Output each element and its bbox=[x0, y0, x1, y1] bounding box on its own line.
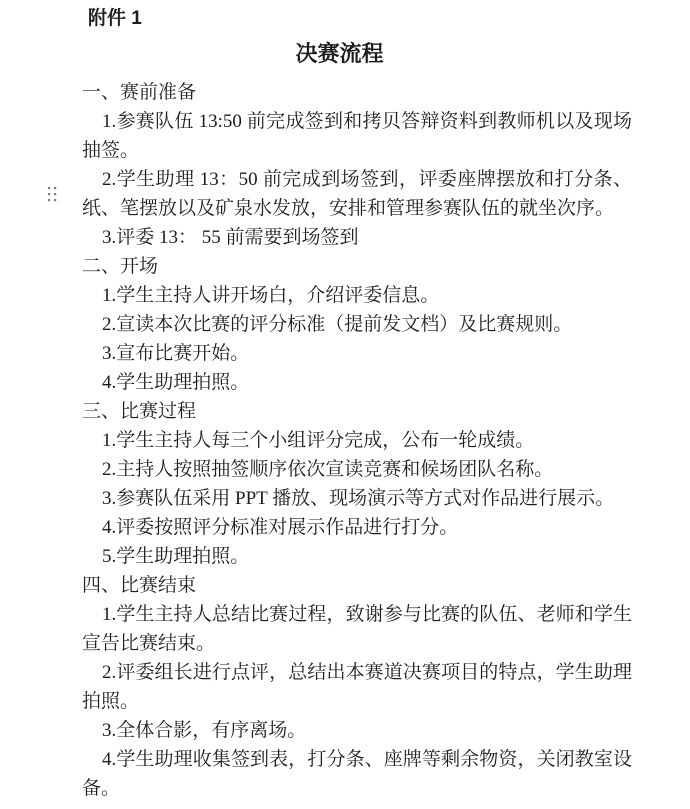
list-item: 5.学生助理拍照。 bbox=[82, 542, 632, 571]
section-heading-competition-process: 三、比赛过程 bbox=[82, 397, 632, 426]
list-item: 1.学生主持人讲开场白，介绍评委信息。 bbox=[82, 281, 632, 310]
list-item: 4.学生助理收集签到表，打分条、座牌等剩余物资，关闭教室设备。 bbox=[82, 745, 632, 803]
list-item: 4.学生助理拍照。 bbox=[82, 368, 632, 397]
list-item: 3.全体合影，有序离场。 bbox=[82, 716, 632, 745]
list-item: 1.参赛队伍 13:50 前完成签到和拷贝答辩资料到教师机以及现场抽签。 bbox=[82, 107, 632, 165]
list-item: 2.主持人按照抽签顺序依次宣读竞赛和候场团队名称。 bbox=[82, 455, 632, 484]
list-item: 2.评委组长进行点评，总结出本赛道决赛项目的特点，学生助理拍照。 bbox=[82, 658, 632, 716]
section-heading-competition-end: 四、比赛结束 bbox=[82, 571, 632, 600]
list-item: 2.学生助理 13：50 前完成到场签到，评委座牌摆放和打分条、纸、笔摆放以及矿… bbox=[82, 165, 632, 223]
document-page: 附件 1 决赛流程 一、赛前准备 1.参赛队伍 13:50 前完成签到和拷贝答辩… bbox=[0, 0, 690, 803]
list-item: 4.评委按照评分标准对展示作品进行打分。 bbox=[82, 513, 632, 542]
list-item: 3.评委 13： 55 前需要到场签到 bbox=[82, 223, 632, 252]
attachment-label: 附件 1 bbox=[88, 6, 632, 32]
section-heading-opening: 二、开场 bbox=[82, 252, 632, 281]
page-title: 决赛流程 bbox=[82, 40, 597, 68]
list-item: 1.学生主持人总结比赛过程，致谢参与比赛的队伍、老师和学生宣告比赛结束。 bbox=[82, 600, 632, 658]
list-item: 3.参赛队伍采用 PPT 播放、现场演示等方式对作品进行展示。 bbox=[82, 484, 632, 513]
list-item: 3.宣布比赛开始。 bbox=[82, 339, 632, 368]
list-item: 2.宣读本次比赛的评分标准（提前发文档）及比赛规则。 bbox=[82, 310, 632, 339]
list-item: 1.学生主持人每三个小组评分完成，公布一轮成绩。 bbox=[82, 426, 632, 455]
section-heading-pre-competition: 一、赛前准备 bbox=[82, 78, 632, 107]
